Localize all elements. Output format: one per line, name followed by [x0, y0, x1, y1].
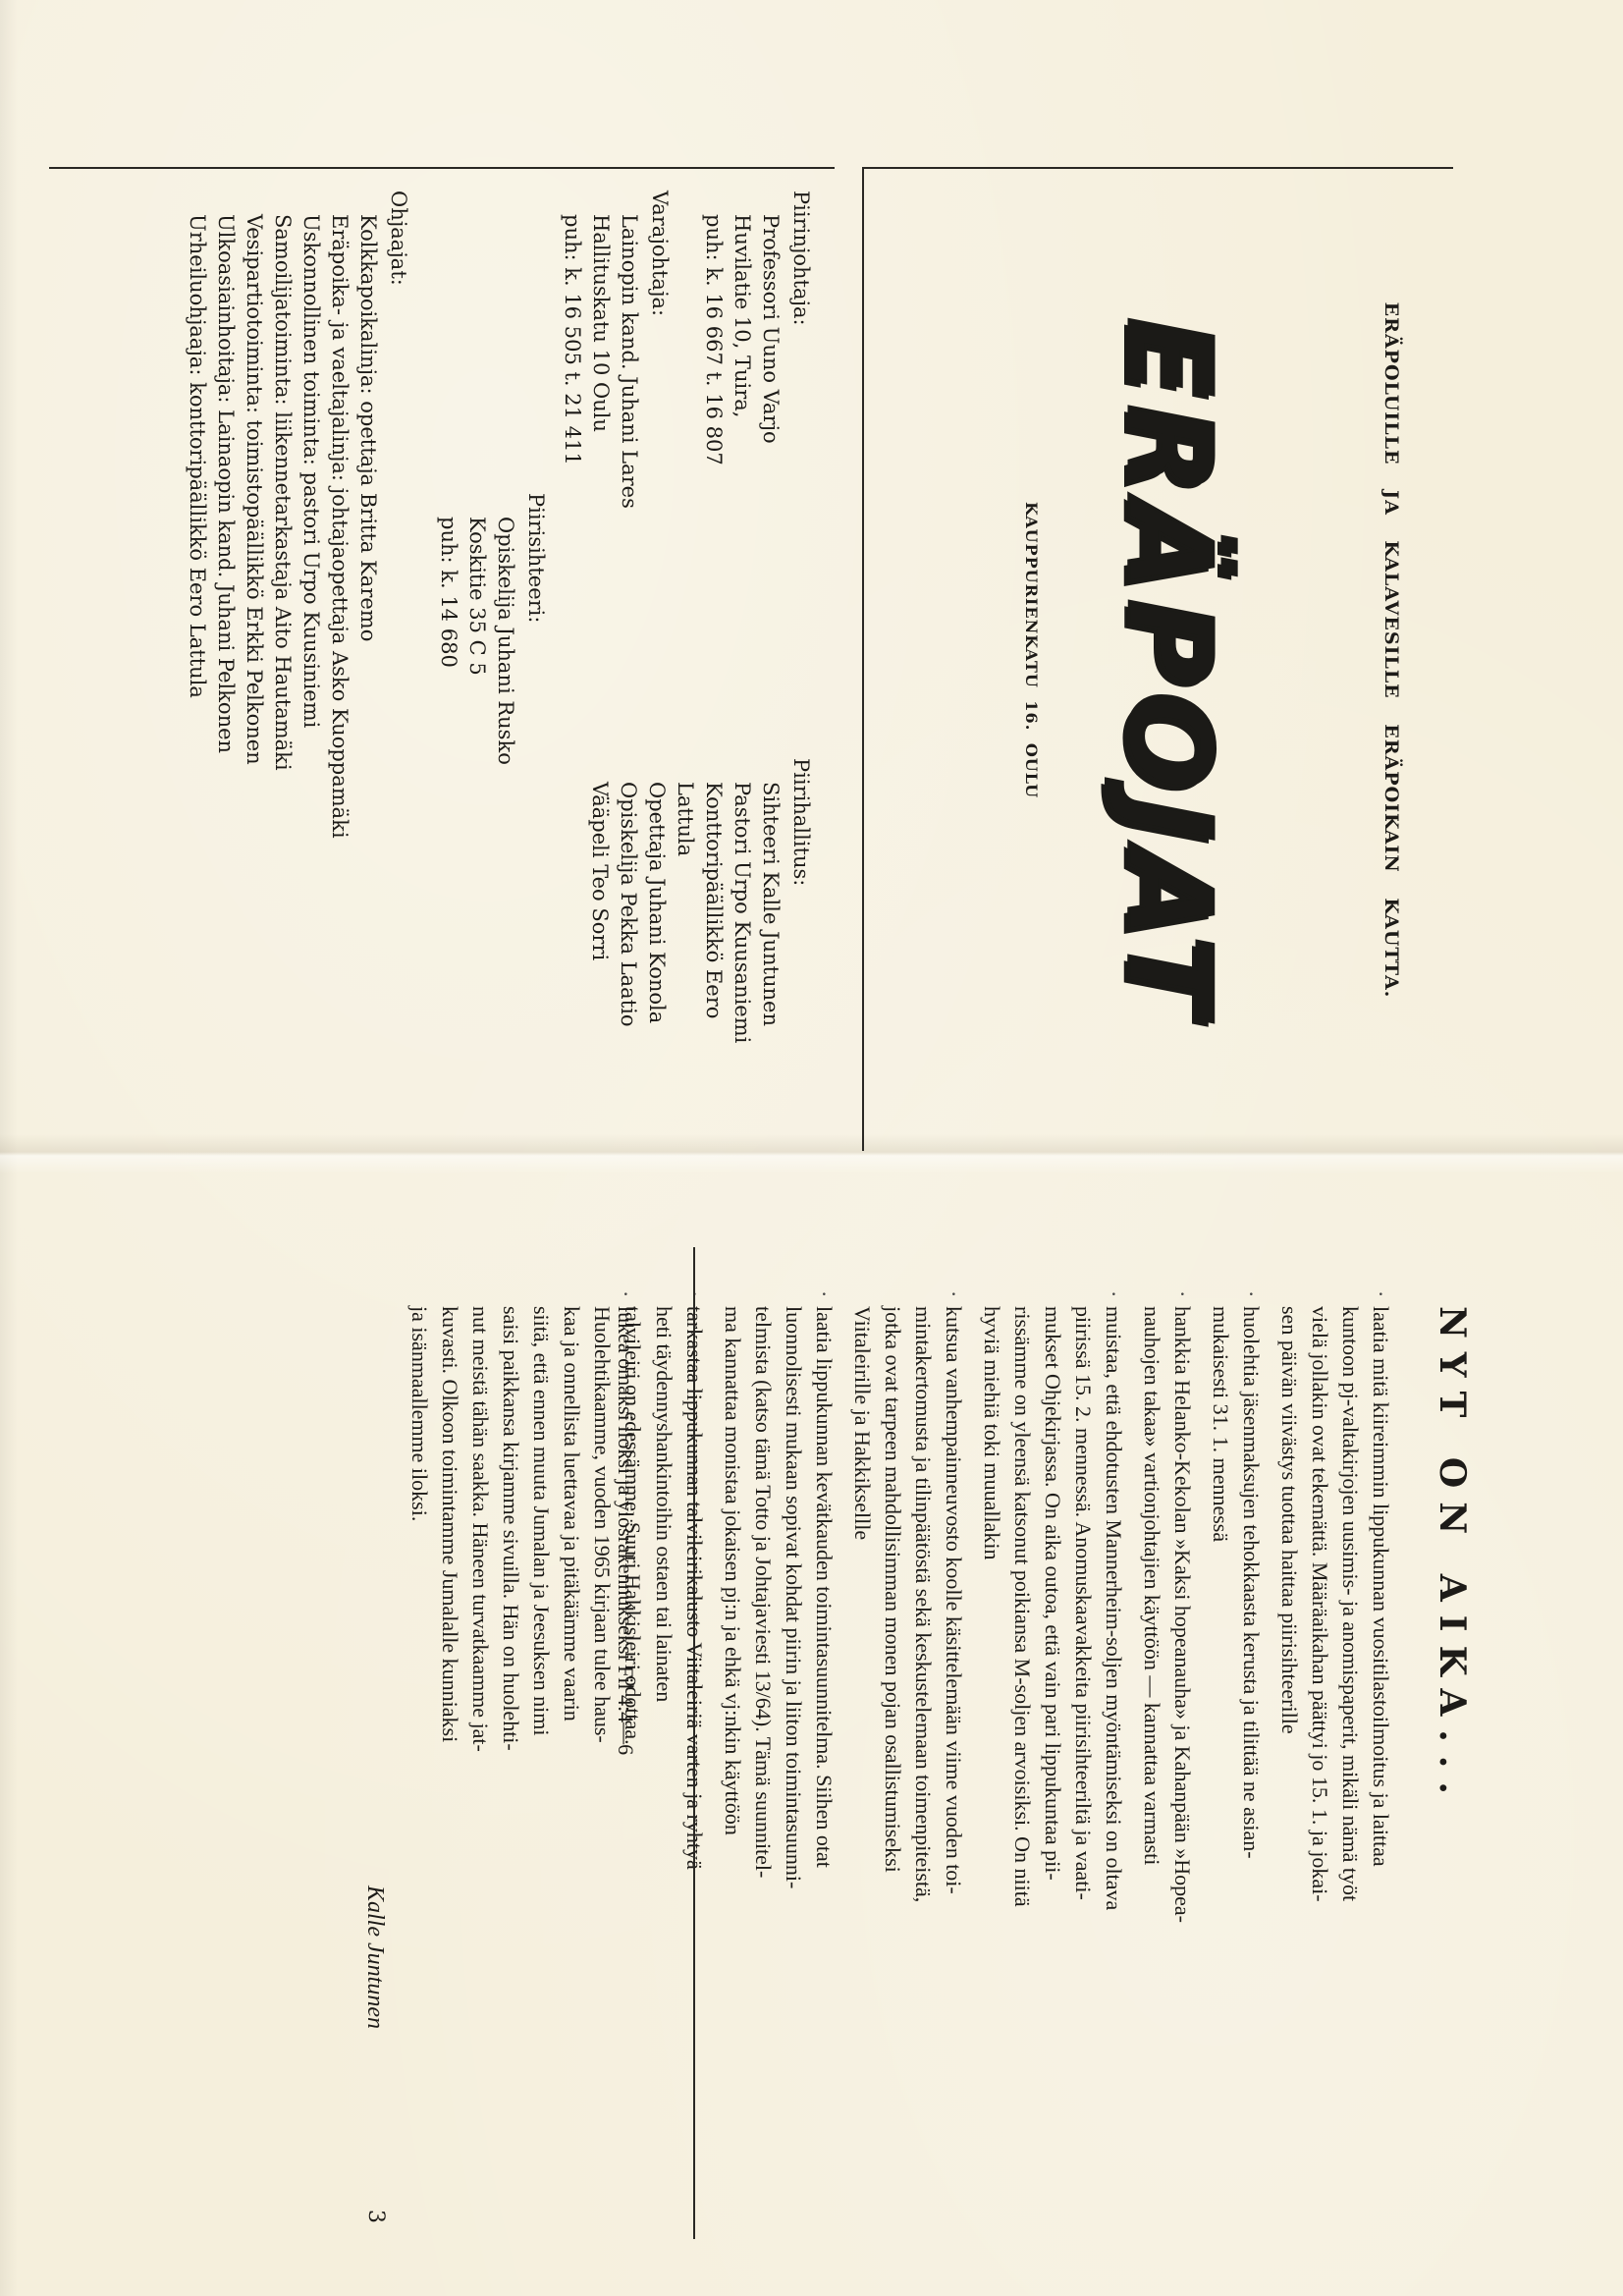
text-line: ma kannattaa monistaa jokaisen pj:n ja e… [718, 1306, 748, 2190]
line: Lainopin kand. Juhani Lares [615, 191, 643, 509]
district-info: Piirinjohtaja: Professori Uuno Varjo Huv… [49, 167, 835, 1141]
text-line: luonnolisesti mukaan sopivat kohdat piir… [779, 1306, 809, 2190]
section-label: Piirinjohtaja: [786, 191, 815, 465]
ad-address: KAUPPURIENKATU 16. OULU [1022, 169, 1041, 1131]
line: Eräpoika- ja vaeltajalinja: johtajaopett… [325, 191, 353, 839]
line: Huvilatie 10, Tuira, [728, 191, 756, 465]
divider-rule [693, 1247, 695, 2239]
list-item: ·hankkia Helanko-Kekolan »Kaksi hopeanau… [1137, 1306, 1198, 2190]
line: Vesipartiotoiminta: toimistopäällikkö Er… [240, 191, 268, 839]
line: Urheiluohjaaja: konttoripäällikkö Eero L… [183, 191, 211, 839]
text-line: mukaisesti 31. 1. mennessä [1206, 1306, 1236, 2190]
line: Koskitie 35 C 5 [462, 493, 491, 765]
line: Opettaja Juhani Konola [642, 758, 671, 1043]
line: puh: k. 16 505 t. 21 411 [558, 191, 586, 509]
text-line: kutsua vanhempainneuvosto koolle käsitte… [939, 1306, 969, 2190]
text-line: siitä, että ennen muuta Jumalan ja Jeesu… [526, 1306, 557, 2190]
bullet-dot-icon: · [809, 1290, 839, 1297]
section-label: Ohjaajat: [384, 191, 412, 839]
text-line: mintakertomusta ja tilinpäätöstä sekä ke… [908, 1306, 939, 2190]
text-line: Huolehtikaamme, vuoden 1965 kirjaan tule… [587, 1306, 618, 2190]
text-line: talvileiri on edessämme. Suuri Hakkislei… [618, 1306, 648, 2190]
page-number: 3 [363, 2210, 388, 2223]
section-ohjaajat: Ohjaajat: Kolkkapoikalinja: opettaja Bri… [183, 191, 412, 839]
line: Ulkoasiainhoitaja: Lainaopin kand. Juhan… [211, 191, 240, 839]
list-item: ·laatia mitä kiireimmin lippukunnan vuos… [1274, 1306, 1396, 2190]
line: Samoilijatoiminta: liikennetarkastaja Ai… [268, 191, 297, 839]
section-piirisihteeri: Piirisihteeri: Opiskelija Juhani Rusko K… [434, 493, 550, 765]
text-line: heti täydennyshankintoihin ostaen tai la… [649, 1306, 679, 2190]
line: Opiskelija Pekka Laatio [614, 758, 642, 1043]
text-line: jotka ovat tarpeen mahdollisimman monen … [878, 1306, 908, 2190]
line: Lattula [671, 758, 699, 1043]
bullet-dot-icon: · [611, 1290, 641, 1297]
right-page: NYT ON AIKA... ·laatia mitä kiireimmin l… [59, 1228, 1473, 2249]
line: Opiskelija Juhani Rusko [491, 493, 519, 765]
section-varajohtaja: Varajohtaja: Lainopin kand. Juhani Lares… [558, 191, 674, 509]
text-line: kuvasti. Olkoon toimintamme Jumalalle ku… [435, 1306, 465, 2190]
text-line: muistaa, että ehdotusten Mannerheim-solj… [1099, 1306, 1129, 2190]
list-item: ·muistaa, että ehdotusten Mannerheim-sol… [977, 1306, 1129, 2190]
line: Sihteeri Kalle Juntunen [756, 758, 784, 1043]
line: Vääpeli Teo Sorri [585, 758, 614, 1043]
ad-header: ERÄPOLUILLE JA KALAVESILLE ERÄPOIKAIN KA… [1380, 169, 1402, 1131]
article-title: NYT ON AIKA... [1432, 1306, 1473, 1808]
text-line: piirissä 15. 2. mennessä. Anomuskaavakke… [1068, 1306, 1099, 2190]
section-label: Piirisihteeri: [521, 493, 550, 765]
bullet-dot-icon: · [1236, 1290, 1267, 1297]
text-line: rissämme on yleensä katsonut poikiansa M… [1007, 1306, 1038, 2190]
text-line: nut meistä tähän saakka. Häneen turvatka… [465, 1306, 496, 2190]
line: Professori Uuno Varjo [756, 191, 784, 465]
erapojat-logo: ERÄPOJAT [1102, 228, 1237, 1112]
bullet-dot-icon: · [1099, 1290, 1129, 1297]
text-line: telmista (katso tämä Totto ja Johtajavie… [748, 1306, 779, 2190]
bullet-dot-icon: · [939, 1290, 969, 1297]
list-item: ·tarkastaa lippukunnan talvileirikalusto… [649, 1306, 710, 2190]
text-line: ja isänmaallemme iloksi. [405, 1306, 435, 2190]
section-label: Piirihallitus: [786, 758, 815, 1043]
list-item: ·kutsua vanhempainneuvosto koolle käsitt… [847, 1306, 969, 2190]
bullet-dot-icon: · [1167, 1290, 1198, 1297]
line: puh: k. 16 667 t. 16 807 [699, 191, 728, 465]
line: Uskonnollinen toiminta: pastori Urpo Kuu… [297, 191, 325, 839]
left-page: ERÄPOLUILLE JA KALAVESILLE ERÄPOIKAIN KA… [39, 118, 1453, 1139]
author-signature: Kalle Juntunen [361, 1886, 388, 2029]
line: puh: k. 14 680 [434, 493, 462, 765]
text-line: mukset Ohjekirjassa. On aika outoa, että… [1038, 1306, 1068, 2190]
section-piirihallitus: Piirihallitus: Sihteeri Kalle Juntunen P… [585, 758, 815, 1043]
text-line: hankkia Helanko-Kekolan »Kaksi hopeanauh… [1167, 1306, 1198, 2190]
line: Pastori Urpo Kuusaniemi [728, 758, 756, 1043]
line: Konttoripäällikkö Eero [699, 758, 728, 1043]
advertisement-box: ERÄPOLUILLE JA KALAVESILLE ERÄPOIKAIN KA… [862, 167, 1453, 1151]
text-line: hyviä miehiä toki muuallakin [977, 1306, 1007, 2190]
closing-paragraph: talvileiri on edessämme. Suuri Hakkislei… [405, 1306, 648, 2190]
text-line: huolehtia jäsenmaksujen tehokkaasta keru… [1236, 1306, 1267, 2190]
text-line: saisi paikkansa kirjamme sivuilla. Hän o… [496, 1306, 526, 2190]
text-line: laatia mitä kiireimmin lippukunnan vuosi… [1366, 1306, 1396, 2190]
line: Kolkkapoikalinja: opettaja Britta Karemo [353, 191, 382, 839]
text-line: sen päivän viivästys tuottaa haittaa pii… [1274, 1306, 1305, 2190]
section-label: Varajohtaja: [645, 191, 674, 509]
text-line: nauhojen takaa» vartionjohtajien käyttöö… [1137, 1306, 1167, 2190]
bullet-dot-icon: · [1366, 1290, 1396, 1297]
text-line: kaa ja onnellista luettavaa ja pitäkäämm… [557, 1306, 587, 2190]
todo-list: ·laatia mitä kiireimmin lippukunnan vuos… [603, 1306, 1396, 2190]
text-line: laatia lippukunnan kevätkauden toimintas… [809, 1306, 839, 2190]
text-line: Viitaleirille ja Hakkiksellle [847, 1306, 878, 2190]
text-line: kuntoon pj-valtakirjojen uusimis- ja ano… [1335, 1306, 1366, 2190]
section-piirinjohtaja: Piirinjohtaja: Professori Uuno Varjo Huv… [699, 191, 815, 465]
list-item: ·huolehtia jäsenmaksujen tehokkaasta ker… [1206, 1306, 1267, 2190]
list-item: ·laatia lippukunnan kevätkauden toiminta… [718, 1306, 839, 2190]
line: Hallituskatu 10 Oulu [586, 191, 615, 509]
text-line: vielä jollakin ovat tekemättä. Määräaika… [1305, 1306, 1335, 2190]
